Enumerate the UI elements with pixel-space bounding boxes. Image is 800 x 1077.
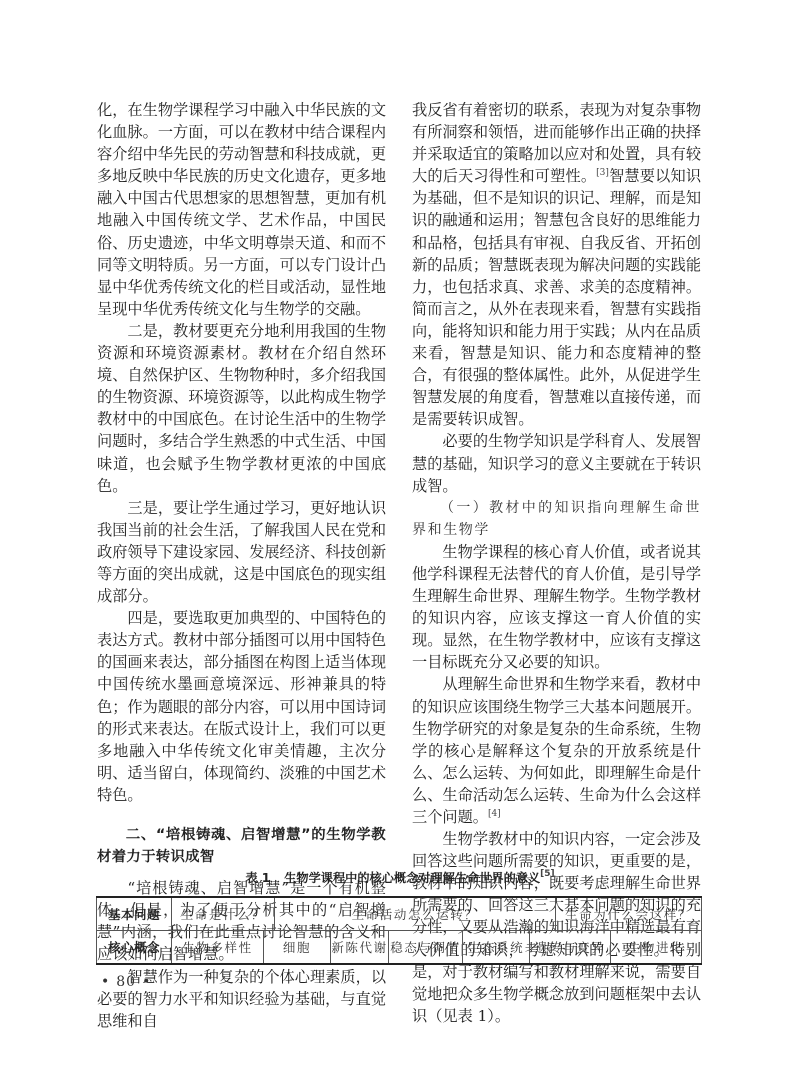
row-header-core-concepts: 核心概念 bbox=[97, 931, 172, 965]
right-column: 我反省有着密切的联系，表现为对复杂事物有所洞察和领悟，进而能够作出正确的抉择并采… bbox=[412, 99, 701, 1027]
table-row-basic-questions: 基本问题 生命是什么？ 生命活动怎么运转？ 生命为什么会这样？ bbox=[97, 897, 702, 931]
cell-biodiversity: 生物多样性 bbox=[172, 931, 264, 965]
paragraph-point-two: 二是，教材要更充分地利用我国的生物资源和环境资源素材。教材在介绍自然环境、自然保… bbox=[97, 320, 386, 497]
cell-ecosystem: 生态系统 bbox=[463, 931, 530, 965]
table-title: 生物学课程中的核心概念对理解生命世界的意义 bbox=[284, 871, 540, 885]
left-column: 化，在生物学课程学习中融入中华民族的文化血脉。一方面，可以在教材中结合课程内容介… bbox=[97, 99, 386, 1032]
table-caption: 表 1生物学课程中的核心概念对理解生命世界的意义[5] bbox=[0, 869, 800, 886]
table-number: 表 1 bbox=[245, 871, 270, 885]
bullet-dot: • bbox=[142, 974, 151, 990]
paragraph-text: 从理解生命世界和生物学来看，教材中的知识应该围绕生物学三大基本问题展开。生物学研… bbox=[412, 675, 701, 826]
paragraph-core-value: 生物学课程的核心育人价值，或者说其他学科课程无法替代的育人价值，是引导学生理解生… bbox=[412, 541, 701, 674]
cell-cell: 细胞 bbox=[264, 931, 331, 965]
bullet-dot: • bbox=[101, 974, 110, 990]
page-number: •80• bbox=[95, 974, 157, 990]
cell-what-is-life: 生命是什么？ bbox=[172, 897, 275, 931]
reference-4[interactable]: [4] bbox=[488, 809, 501, 819]
paragraph-text: 智慧要以知识为基础，但不是知识的识记、理解，而是知识的融通和运用；智慧包含良好的… bbox=[412, 167, 701, 428]
paragraph-point-three: 三是，要让学生通过学习，更好地认识我国当前的社会生活，了解我国人民在党和政府领导… bbox=[97, 497, 386, 607]
reference-3[interactable]: [3] bbox=[596, 168, 609, 178]
cell-heredity-variation: 遗传与变异 bbox=[530, 931, 611, 965]
table-row-core-concepts: 核心概念 生物多样性 细胞 新陈代谢 稳态与调节 生态系统 遗传与变异 生物进化 bbox=[97, 931, 702, 965]
cell-homeostasis: 稳态与调节 bbox=[389, 931, 463, 965]
row-header-basic-questions: 基本问题 bbox=[97, 897, 172, 931]
cell-metabolism: 新陈代谢 bbox=[331, 931, 389, 965]
paragraph-point-four: 四是，要选取更加典型的、中国特色的表达方式。教材中部分插图可以用中国特色的国画来… bbox=[97, 607, 386, 806]
cell-why-life-is-so: 生命为什么会这样？ bbox=[556, 897, 702, 931]
cell-how-life-works: 生命活动怎么运转？ bbox=[275, 897, 556, 931]
paragraph-three-questions: 从理解生命世界和生物学来看，教材中的知识应该围绕生物学三大基本问题展开。生物学研… bbox=[412, 673, 701, 828]
section-heading: 二、“培根铸魂、启智增慧”的生物学教材着力于转识成智 bbox=[97, 824, 386, 868]
core-concepts-table: 基本问题 生命是什么？ 生命活动怎么运转？ 生命为什么会这样？ 核心概念 生物多… bbox=[96, 896, 702, 965]
page-number-value: 80 bbox=[116, 974, 136, 990]
subsection-heading: （一）教材中的知识指向理解生命世界和生物学 bbox=[412, 497, 701, 541]
paragraph-wisdom-continued: 我反省有着密切的联系，表现为对复杂事物有所洞察和领悟，进而能够作出正确的抉择并采… bbox=[412, 99, 701, 430]
paragraph-cultural-bloodline: 化，在生物学课程学习中融入中华民族的文化血脉。一方面，可以在教材中结合课程内容介… bbox=[97, 99, 386, 320]
paragraph-knowledge-foundation: 必要的生物学知识是学科育人、发展智慧的基础，知识学习的意义主要就在于转识成智。 bbox=[412, 430, 701, 496]
cell-evolution: 生物进化 bbox=[611, 931, 702, 965]
reference-5[interactable]: [5] bbox=[540, 869, 555, 879]
